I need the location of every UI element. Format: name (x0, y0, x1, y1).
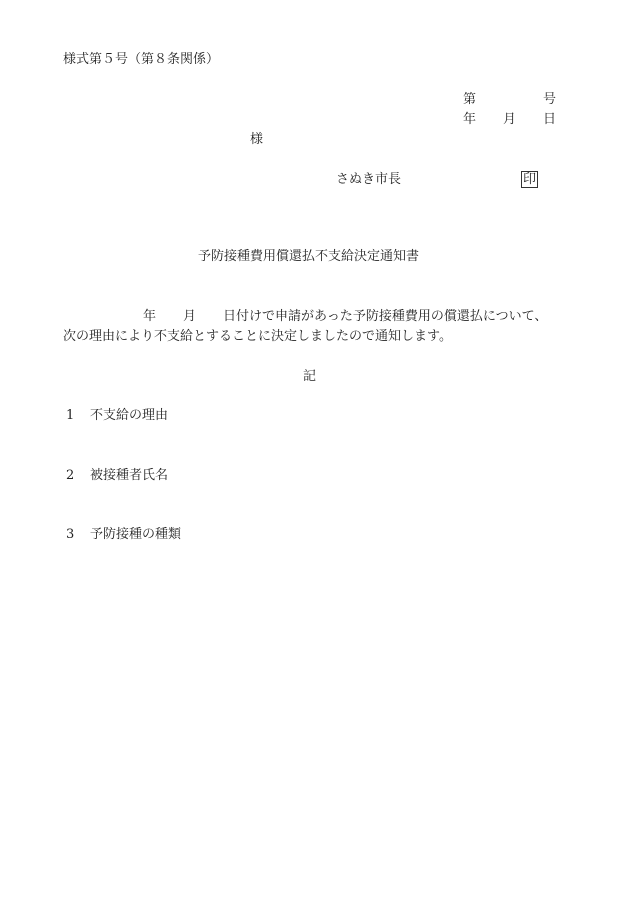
addressee-suffix: 様 (250, 132, 263, 148)
item-2-label: 被接種者氏名 (90, 468, 168, 484)
ki-heading: 記 (303, 369, 316, 385)
body-month: 月 (183, 309, 196, 325)
document-title: 予防接種費用償還払不支給決定通知書 (198, 249, 419, 265)
body-year: 年 (143, 309, 156, 325)
item-3-label: 予防接種の種類 (90, 527, 181, 543)
item-3-number: 3 (66, 527, 74, 543)
number-suffix: 号 (543, 92, 556, 108)
body-line1: 日付けで申請があった予防接種費用の償還払について、 (223, 309, 547, 325)
number-prefix: 第 (463, 92, 476, 108)
form-number: 様式第５号（第８条関係） (63, 52, 219, 68)
item-1-label: 不支給の理由 (90, 408, 168, 424)
seal-mark: 印 (521, 171, 538, 188)
item-1-number: 1 (66, 408, 74, 424)
date-day: 日 (543, 112, 556, 128)
date-year: 年 (463, 112, 476, 128)
body-line2: 次の理由により不支給とすることに決定しましたので通知します。 (63, 329, 452, 345)
item-2-number: 2 (66, 468, 74, 484)
date-month: 月 (503, 112, 516, 128)
issuer: さぬき市長 (336, 172, 401, 188)
